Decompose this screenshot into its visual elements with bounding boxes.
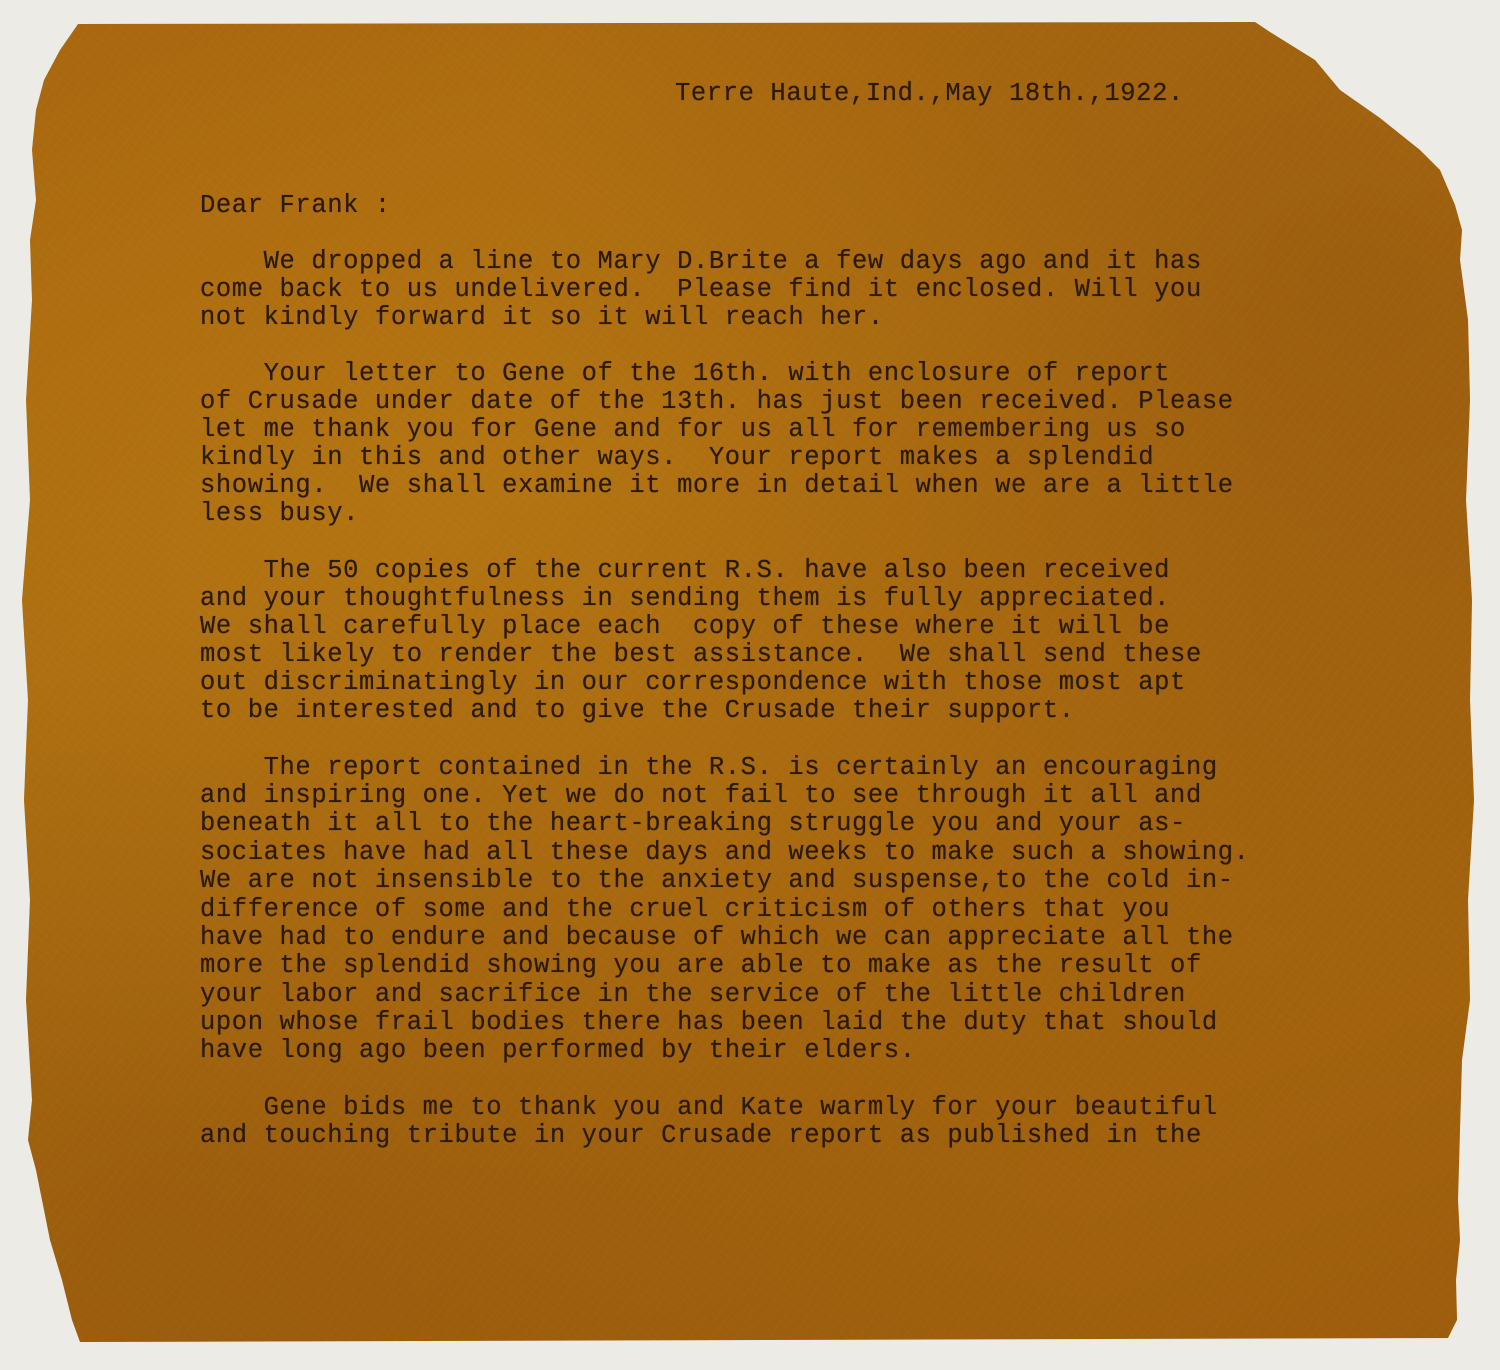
salutation: Dear Frank :: [200, 192, 391, 220]
paragraph-4-line-6: difference of some and the cruel critici…: [200, 896, 1170, 924]
paragraph-2-line-2: of Crusade under date of the 13th. has j…: [200, 388, 1234, 416]
paragraph-2-line-1: Your letter to Gene of the 16th. with en…: [200, 360, 1170, 388]
paragraph-4-line-8: more the splendid showing you are able t…: [200, 952, 1202, 980]
paragraph-1-line-1: We dropped a line to Mary D.Brite a few …: [200, 248, 1202, 276]
paragraph-1-line-3: not kindly forward it so it will reach h…: [200, 304, 884, 332]
paragraph-2-line-4: kindly in this and other ways. Your repo…: [200, 444, 1154, 472]
paragraph-4-line-9: your labor and sacrifice in the service …: [200, 981, 1186, 1009]
paragraph-1-line-2: come back to us undelivered. Please find…: [200, 276, 1202, 304]
paragraph-2-line-5: showing. We shall examine it more in det…: [200, 472, 1234, 500]
dateline: Terre Haute,Ind.,May 18th.,1922.: [675, 80, 1184, 108]
scanned-page: Terre Haute,Ind.,May 18th.,1922. Dear Fr…: [0, 0, 1500, 1370]
paragraph-4-line-7: have had to endure and because of which …: [200, 924, 1234, 952]
paragraph-3-line-4: most likely to render the best assistanc…: [200, 641, 1202, 669]
paragraph-3-line-1: The 50 copies of the current R.S. have a…: [200, 557, 1170, 585]
paragraph-4-line-1: The report contained in the R.S. is cert…: [200, 754, 1218, 782]
paragraph-3-line-6: to be interested and to give the Crusade…: [200, 697, 1075, 725]
paragraph-5-line-1: Gene bids me to thank you and Kate warml…: [200, 1094, 1218, 1122]
letter-body: Terre Haute,Ind.,May 18th.,1922. Dear Fr…: [0, 0, 1500, 1370]
paragraph-2-line-3: let me thank you for Gene and for us all…: [200, 416, 1186, 444]
paragraph-3-line-2: and your thoughtfulness in sending them …: [200, 585, 1170, 613]
paragraph-2-line-6: less busy.: [200, 500, 359, 528]
paragraph-5-line-2: and touching tribute in your Crusade rep…: [200, 1122, 1202, 1150]
paragraph-4-line-10: upon whose frail bodies there has been l…: [200, 1009, 1218, 1037]
paragraph-4-line-4: sociates have had all these days and wee…: [200, 839, 1250, 867]
paragraph-4-line-11: have long ago been performed by their el…: [200, 1037, 916, 1065]
paragraph-4-line-2: and inspiring one. Yet we do not fail to…: [200, 782, 1202, 810]
paragraph-3-line-3: We shall carefully place each copy of th…: [200, 613, 1170, 641]
paragraph-4-line-3: beneath it all to the heart-breaking str…: [200, 810, 1186, 838]
paragraph-3-line-5: out discriminatingly in our corresponden…: [200, 669, 1186, 697]
paragraph-4-line-5: We are not insensible to the anxiety and…: [200, 867, 1234, 895]
